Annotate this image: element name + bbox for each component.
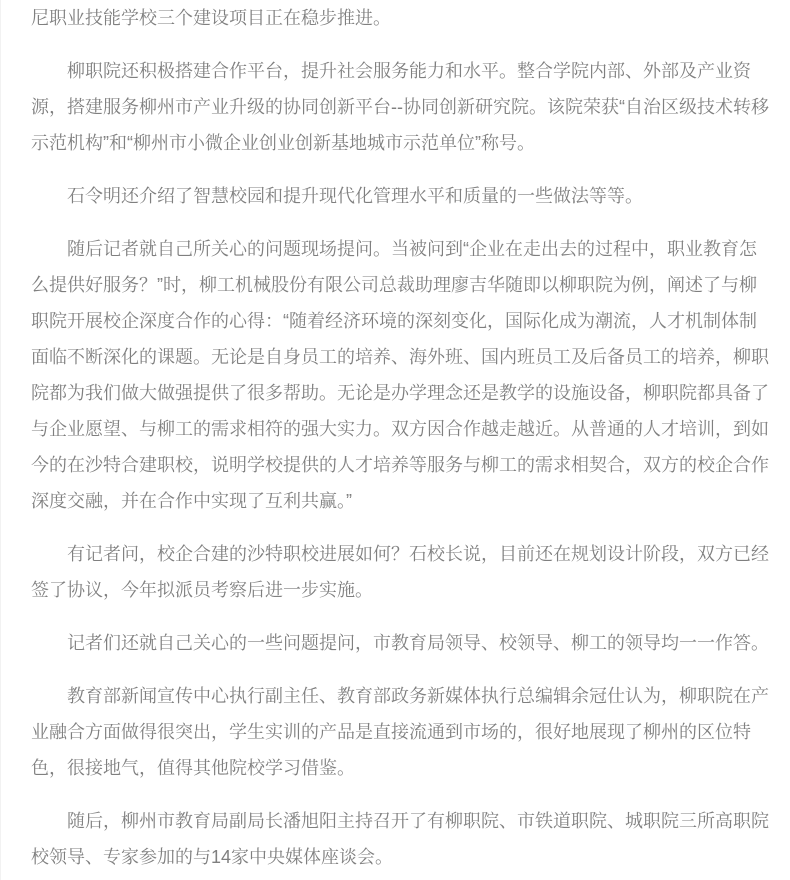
article-page: 尼职业技能学校三个建设项目正在稳步推进。 柳职院还积极搭建合作平台，提升社会服务… (0, 0, 790, 880)
paragraph: 记者们还就自己关心的一些问题提问，市教育局领导、校领导、柳工的领导均一一作答。 (31, 625, 769, 661)
paragraph: 随后记者就自己所关心的问题现场提问。当被问到“企业在走出去的过程中，职业教育怎么… (31, 231, 769, 519)
paragraph: 有记者问，校企合建的沙特职校进展如何？石校长说，目前还在规划设计阶段，双方已经签… (31, 536, 769, 608)
paragraph: 石令明还介绍了智慧校园和提升现代化管理水平和质量的一些做法等等。 (31, 178, 769, 214)
paragraph: 随后，柳州市教育局副局长潘旭阳主持召开了有柳职院、市铁道职院、城职院三所高职院校… (31, 803, 769, 875)
paragraph: 教育部新闻宣传中心执行副主任、教育部政务新媒体执行总编辑余冠仕认为，柳职院在产业… (31, 678, 769, 786)
paragraph: 柳职院还积极搭建合作平台，提升社会服务能力和水平。整合学院内部、外部及产业资源，… (31, 53, 769, 161)
article-body: 尼职业技能学校三个建设项目正在稳步推进。 柳职院还积极搭建合作平台，提升社会服务… (1, 0, 790, 875)
paragraph-continuation: 尼职业技能学校三个建设项目正在稳步推进。 (31, 0, 769, 36)
